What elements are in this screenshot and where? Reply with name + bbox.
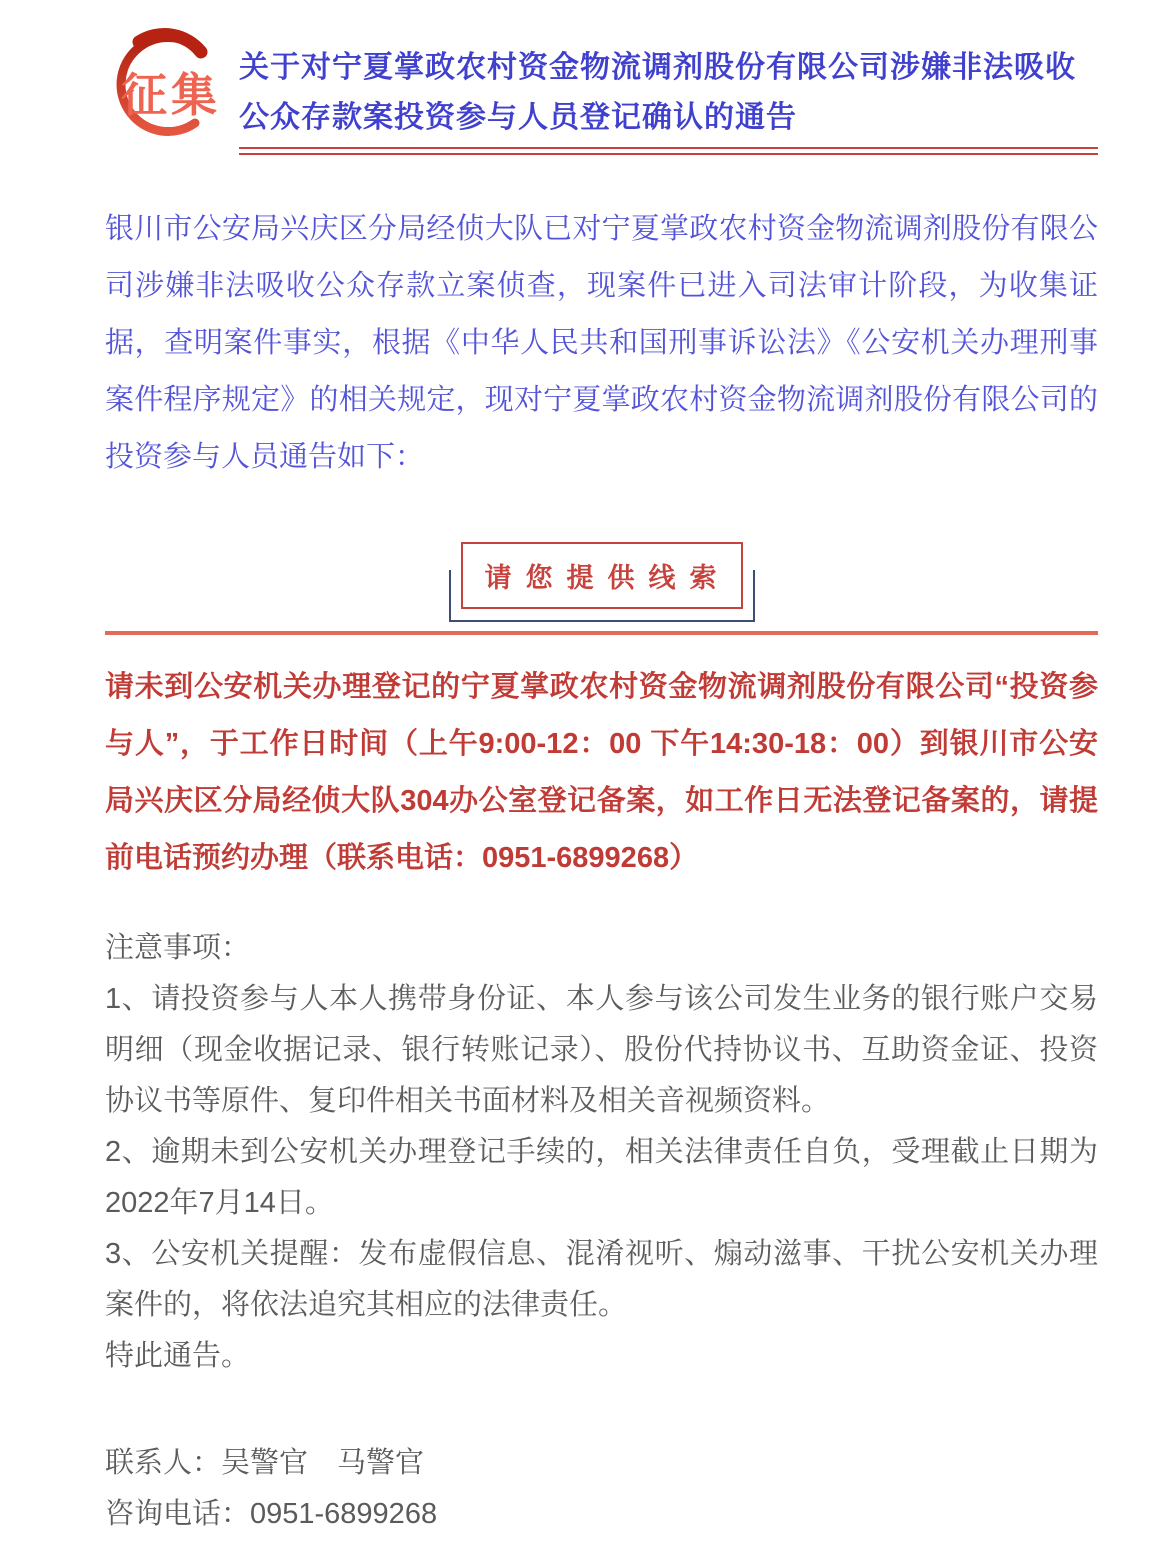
section-divider <box>105 631 1098 635</box>
callout-box: 请您提供线索 <box>461 542 743 609</box>
solicit-stamp-label: 征集 <box>121 59 221 125</box>
note-item-1: 1、请投资参与人本人携带身份证、本人参与该公司发生业务的银行账户交易明细（现金收… <box>105 974 1098 1127</box>
callout: 请您提供线索 <box>461 542 743 609</box>
announcement-page: 征集 关于对宁夏掌政农村资金物流调剂股份有限公司涉嫌非法吸收公众存款案投资参与人… <box>0 0 1153 1556</box>
notes-heading: 注意事项： <box>105 923 1098 974</box>
registration-notice: 请未到公安机关办理登记的宁夏掌政农村资金物流调剂股份有限公司“投资参与人”，于工… <box>105 659 1098 887</box>
intro-paragraph: 银川市公安局兴庆区分局经侦大队已对宁夏掌政农村资金物流调剂股份有限公司涉嫌非法吸… <box>105 201 1098 486</box>
note-item-2: 2、逾期未到公安机关办理登记手续的，相关法律责任自负，受理截止日期为2022年7… <box>105 1127 1098 1229</box>
contact-phone: 咨询电话：0951-6899268 <box>105 1489 1098 1540</box>
title-underline <box>239 147 1098 155</box>
closing-line: 特此通告。 <box>105 1331 1098 1382</box>
callout-label: 请您提供线索 <box>485 563 731 593</box>
contact-section: 联系人：吴警官 马警官 咨询电话：0951-6899268 <box>105 1438 1098 1540</box>
note-item-3: 3、公安机关提醒：发布虚假信息、混淆视听、煽动滋事、干扰公安机关办理案件的，将依… <box>105 1229 1098 1331</box>
header: 征集 关于对宁夏掌政农村资金物流调剂股份有限公司涉嫌非法吸收公众存款案投资参与人… <box>105 25 1098 143</box>
contact-person: 联系人：吴警官 马警官 <box>105 1438 1098 1489</box>
page-title: 关于对宁夏掌政农村资金物流调剂股份有限公司涉嫌非法吸收公众存款案投资参与人员登记… <box>239 25 1098 143</box>
notes-section: 注意事项： 1、请投资参与人本人携带身份证、本人参与该公司发生业务的银行账户交易… <box>105 923 1098 1382</box>
solicit-stamp-icon: 征集 <box>105 25 233 143</box>
